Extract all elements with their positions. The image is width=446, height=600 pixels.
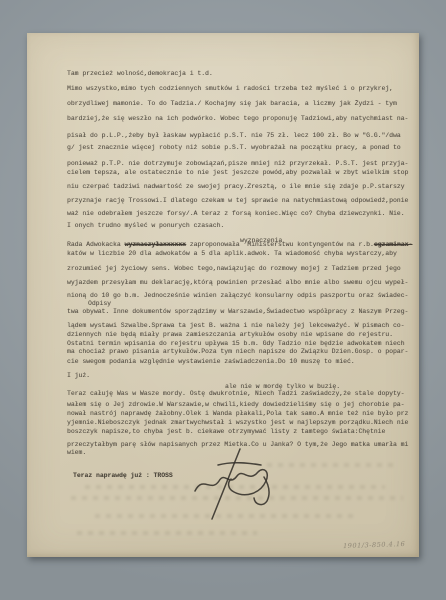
typed-line: nował nastrój naprawdę żałobny.Olek i Wa… — [67, 410, 408, 418]
overstruck-text: egzaminax- — [374, 241, 412, 248]
typed-line: przeczytałbym parę słów napisanych przez… — [67, 441, 408, 449]
bleed-through-mark — [267, 463, 397, 467]
typed-line: cie swegom podania względnie wystawienie… — [67, 358, 355, 366]
typed-text: zaproponowała Ministerstwu kontyngentów … — [186, 241, 374, 248]
typed-line: yjemnie.Nieboszczyk jednak zmartwychwsta… — [67, 419, 408, 427]
typed-line: Teraz całuję Was w Wasze mordy. Ostę dwu… — [67, 390, 404, 398]
typed-line: Rada Adwokacka wyznaczyłaxxxxxx zapropon… — [67, 241, 412, 249]
typed-line: wałem się o Jej zdrowie.W Warszawie,w ch… — [67, 401, 404, 409]
typed-line: dziennych nie będą miały prawa zamieszcz… — [67, 331, 393, 339]
typed-line: obrzydliwej mamonie. To do Tadzia./ Koch… — [67, 100, 397, 108]
archival-note: 1901/3-850.4.16 — [343, 540, 406, 550]
typed-text: Rada Adwokacka — [67, 241, 125, 248]
typed-line: ponieważ p.T.P. nie dotrzymuje zobowiąza… — [67, 160, 408, 168]
typed-line: ma chociaż prawo pisania artykułów.Poza … — [67, 348, 408, 356]
typed-line: wiem. — [67, 449, 86, 457]
typed-line: twa obywat. Inne dokumentów sporządzimy … — [67, 308, 408, 316]
typed-line: waż nie odebrałem jeszcze forsy/.A teraz… — [67, 210, 404, 218]
typed-line: Mimo wszystko,mimo tych codziennych smut… — [67, 85, 393, 93]
inserted-word-line: Odpisy — [88, 300, 111, 308]
typed-line: Ostatni termin wpisania do rejestru upły… — [67, 340, 404, 348]
typed-line: niu czerpać tadziwi nadwartość ze swojej… — [67, 183, 404, 191]
typed-line: przyznaje rację Trossowi.I dlatego czeka… — [67, 197, 408, 205]
typed-line: bardziej,że się weszło na ich podwórko. … — [67, 115, 408, 123]
bleed-through-mark — [77, 531, 257, 535]
typed-line: lądem wystawi Szwalbe.Sprawa ta jest B. … — [67, 322, 404, 330]
handwritten-signature-icon — [185, 445, 281, 527]
typed-line: nioną do 10 go b.m. Jednocześnie winien … — [67, 292, 408, 300]
typed-line: Tam przecież wolność,demokracja i t.d. — [67, 70, 213, 78]
typed-line: cielem tepsza, ale ostatecznie to nie je… — [67, 169, 408, 177]
overstruck-text: wyznaczyłaxxxxxx — [125, 241, 186, 248]
closing-line: Teraz naprawdę już : TROSS — [73, 472, 173, 480]
typed-line: boszczyk napisze,to chyba jest b. ciekaw… — [67, 428, 385, 436]
letter-paper: 1901/3-850.4.16 Tam przecież wolność,dem… — [27, 33, 419, 557]
photo-background: 1901/3-850.4.16 Tam przecież wolność,dem… — [0, 0, 446, 600]
typed-line: katów w liczbie 20 dla adwokatów a 5 dla… — [67, 250, 397, 258]
typed-line: I onych trudno myśleć w ponurych czasach… — [67, 222, 224, 230]
typed-line: g/ jest znacznie więcej roboty niż sobie… — [67, 144, 401, 152]
typed-line: pisał do p.L.P.,żeby był łaskaw wypłacić… — [67, 132, 401, 140]
typed-line: I już. — [67, 372, 90, 380]
typed-line: zrozumieć jej życiowy sens. Wobec tego,n… — [67, 265, 401, 273]
typed-line: wyjazdem przesyłam mu deklarację,którą p… — [67, 279, 408, 287]
